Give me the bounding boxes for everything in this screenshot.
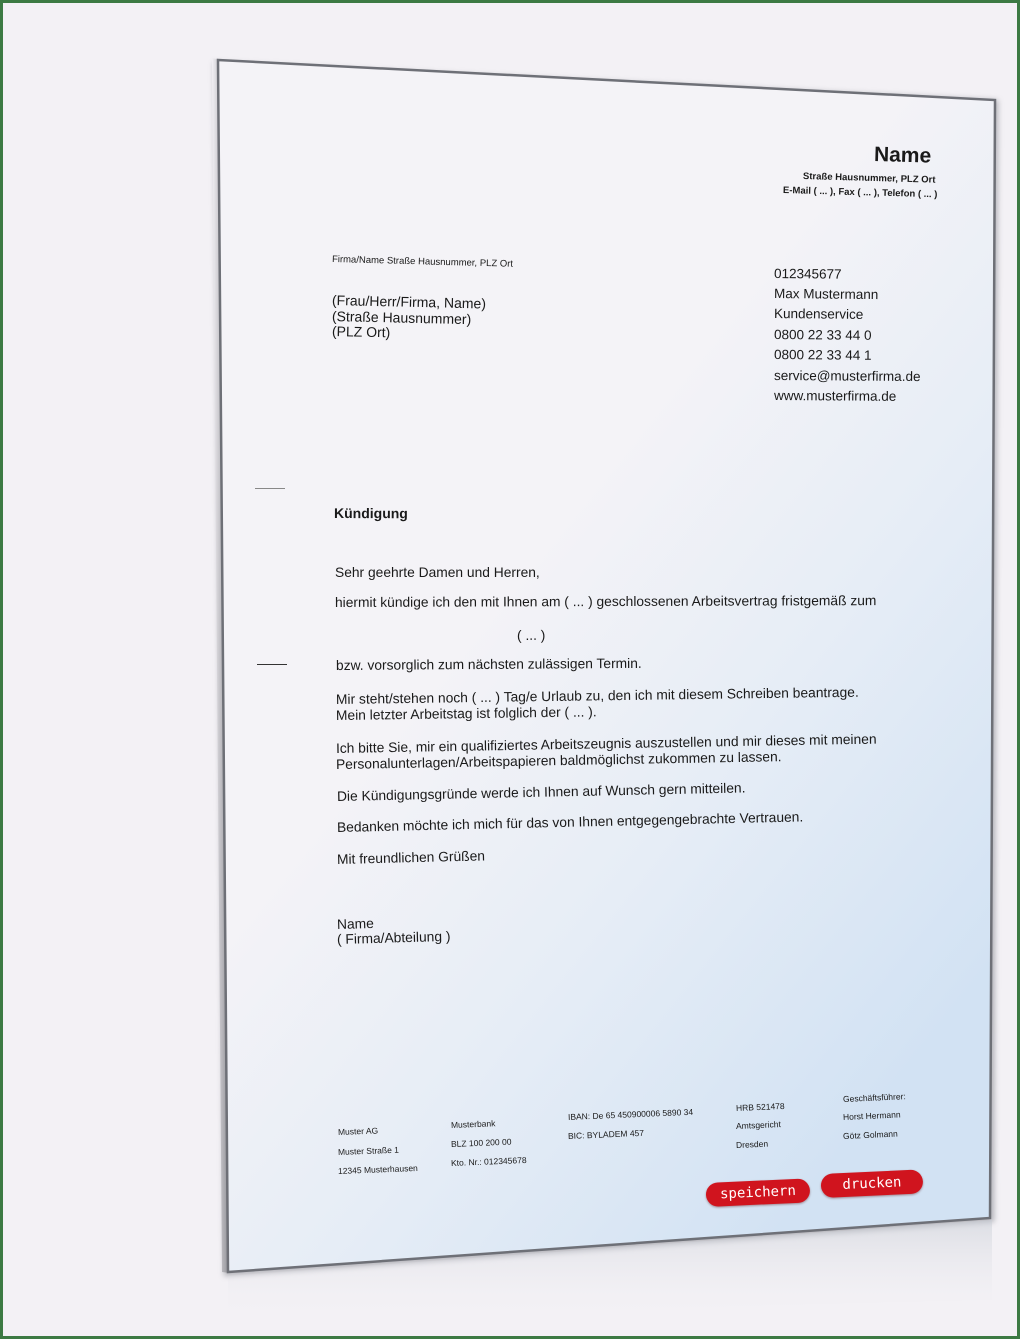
contact-fax: 0800 22 33 44 1 (774, 348, 872, 362)
footer-company-street: Muster Straße 1 (338, 1146, 399, 1157)
footer-bank-name: Musterbank (451, 1119, 496, 1129)
body-line-1: hiermit kündige ich den mit Ihnen am ( .… (335, 594, 876, 610)
contact-department: Kundenservice (774, 307, 863, 321)
fold-mark-top (255, 488, 285, 489)
footer-manager-2: Götz Golmann (843, 1130, 898, 1141)
contact-phone: 0800 22 33 44 0 (774, 328, 872, 342)
signature-name: Name (337, 917, 374, 932)
contact-person: Max Mustermann (774, 287, 878, 302)
footer-register-court: Amtsgericht (736, 1120, 781, 1130)
body-line-2: bzw. vorsorglich zum nächsten zulässigen… (336, 657, 642, 673)
footer-bank-blz: BLZ 100 200 00 (451, 1138, 512, 1149)
signature-department: ( Firma/Abteilung ) (337, 930, 451, 947)
contact-email: service@musterfirma.de (774, 369, 921, 384)
recipient-line-3: (PLZ Ort) (332, 324, 391, 339)
fold-mark-middle (257, 664, 287, 665)
salutation: Sehr geehrte Damen und Herren, (335, 566, 540, 580)
footer-company-name: Muster AG (338, 1126, 378, 1136)
save-button[interactable]: speichern (705, 1178, 810, 1207)
footer-register-number: HRB 521478 (736, 1102, 785, 1113)
letter-subject: Kündigung (334, 506, 408, 520)
contact-website: www.musterfirma.de (774, 389, 896, 403)
body-date-placeholder: ( ... ) (517, 629, 545, 643)
print-button[interactable]: drucken (820, 1169, 923, 1198)
footer-register-city: Dresden (736, 1140, 768, 1150)
header-name: Name (874, 144, 932, 167)
contact-customer-number: 012345677 (774, 267, 842, 281)
